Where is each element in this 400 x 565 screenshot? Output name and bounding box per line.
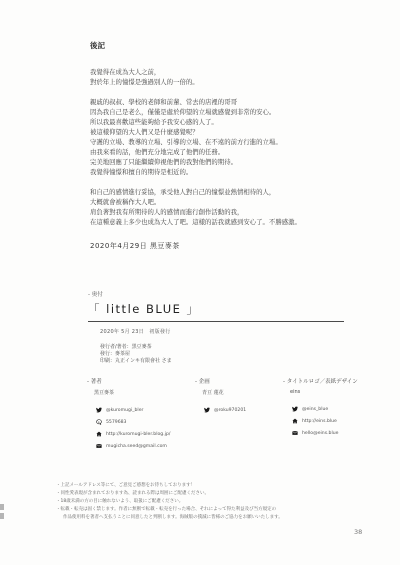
twitter-icon bbox=[204, 407, 210, 413]
notice-line: ・同性愛表現が含まれております為、読まれる際は周囲にご配慮ください。 bbox=[56, 490, 283, 498]
circle-line: 發行：麥茶屋 bbox=[100, 351, 344, 358]
printer-line: 印刷：丸正インキ有限會社 さま bbox=[100, 358, 344, 365]
credit-column-design: - タイトルロゴ／表紙デザイン eins @eins_blue http://e… bbox=[283, 377, 358, 439]
text-line: 親戚的叔叔、學校的老師和前輩、常去的店裡的哥哥 bbox=[90, 97, 301, 107]
book-title: 「 little BLUE 」 bbox=[88, 301, 344, 322]
email-address: mugicha.seed@gmail.com bbox=[106, 444, 167, 449]
contact-row: @roku970201 bbox=[204, 404, 246, 416]
colophon-section: - 奥付 「 little BLUE 」 2020年 5月 23日 初版發行 發… bbox=[88, 290, 344, 365]
text-line: 被這樣仰望的大人們又是什麼感覺呢？ bbox=[90, 127, 301, 137]
text-line: 大概就會被稱作大人吧。 bbox=[90, 197, 301, 207]
notice-line: ・転載・転売は固く禁じます。作者に無断で転載・転売を行った場合、それによって得た… bbox=[56, 506, 283, 514]
email-address: hello@eins.blue bbox=[302, 431, 339, 436]
colophon-label: - 奥付 bbox=[88, 290, 344, 298]
credit-role: - 著者 bbox=[87, 377, 170, 385]
text-line: 我覺得憧憬和擅自的期待是相近的。 bbox=[90, 167, 301, 177]
mail-icon bbox=[292, 430, 298, 436]
pixiv-id: 5579683 bbox=[106, 420, 126, 425]
contact-list: @kuromugi_bler p 5579683 http://kuromugi… bbox=[96, 404, 170, 452]
credit-role: - タイトルロゴ／表紙デザイン bbox=[283, 377, 358, 385]
colophon-page: 後記 我覺得在成為大人之前， 對於年上的憧憬是強過別人的一倍的。 親戚的叔叔、學… bbox=[0, 0, 400, 565]
page-edge-artifact bbox=[0, 513, 4, 519]
page-edge-artifact bbox=[0, 504, 4, 510]
afterword-section: 後記 我覺得在成為大人之前， 對於年上的憧憬是強過別人的一倍的。 親戚的叔叔、學… bbox=[90, 40, 301, 251]
afterword-paragraph-1: 我覺得在成為大人之前， 對於年上的憧憬是強過別人的一倍的。 bbox=[90, 67, 301, 87]
home-icon bbox=[292, 418, 298, 424]
contact-row: @kuromugi_bler bbox=[96, 404, 170, 416]
home-icon bbox=[96, 431, 102, 437]
edition-date: 2020年 5月 23日 初版發行 bbox=[100, 328, 344, 335]
twitter-handle: @eins_blue bbox=[302, 407, 328, 412]
contact-row: mugicha.seed@gmail.com bbox=[96, 440, 170, 452]
website-url: http://eins.blue bbox=[302, 419, 337, 424]
notice-line: ・上記メールアドレス等にて、ご意見ご感想をお待ちしております！ bbox=[56, 482, 283, 490]
svg-text:p: p bbox=[98, 421, 100, 424]
text-line: 我覺得在成為大人之前， bbox=[90, 67, 301, 77]
twitter-icon bbox=[96, 407, 102, 413]
publication-details: 發行者/著者：黑豆麥茶 發行：麥茶屋 印刷：丸正インキ有限會社 さま bbox=[100, 344, 344, 365]
credit-name: 青豆 蓮花 bbox=[202, 389, 246, 396]
notice-line: ・18歳未満の方の目に触れないよう、取扱にご配慮ください。 bbox=[56, 498, 283, 506]
credit-column-planning: - 企画 青豆 蓮花 @roku970201 bbox=[195, 377, 246, 416]
contact-list: @roku970201 bbox=[204, 404, 246, 416]
twitter-icon bbox=[292, 406, 298, 412]
publisher-line: 發行者/著者：黑豆麥茶 bbox=[100, 344, 344, 351]
credit-column-author: - 著者 黑豆麥茶 @kuromugi_bler p 5579683 http:… bbox=[87, 377, 170, 452]
page-number: 38 bbox=[354, 528, 362, 536]
notices-section: ・上記メールアドレス等にて、ご意見ご感想をお待ちしております！ ・同性愛表現が含… bbox=[56, 482, 283, 522]
twitter-handle: @kuromugi_bler bbox=[106, 408, 143, 413]
contact-list: @eins_blue http://eins.blue hello@eins.b… bbox=[292, 403, 358, 439]
website-url: http://kuromugi-bler.blog.jp/ bbox=[106, 432, 170, 437]
text-line: 在這種意義上多少也成為大人了吧。這樣的話我就感到安心了。不勝感激。 bbox=[90, 217, 301, 227]
notice-line: 作品使用料を著者へ支払うことに同意したと判断します。海賊版の撲滅に皆様のご協力を… bbox=[63, 514, 283, 522]
contact-row: http://kuromugi-bler.blog.jp/ bbox=[96, 428, 170, 440]
date-signature: 2020年4月29日 黑豆麥茶 bbox=[90, 241, 301, 251]
twitter-handle: @roku970201 bbox=[214, 408, 246, 413]
contact-row: hello@eins.blue bbox=[292, 427, 358, 439]
text-line: 完美地回應了只能繼續仰視他們的我對他們的期待。 bbox=[90, 157, 301, 167]
afterword-heading: 後記 bbox=[90, 40, 301, 51]
text-line: 肩負著對我有所期待的人的感情而進行創作活動的我， bbox=[90, 207, 301, 217]
afterword-paragraph-3: 和自己的感情進行妥協，承受他人對自己的憧憬並熱情相待的人， 大概就會被稱作大人吧… bbox=[90, 187, 301, 227]
afterword-paragraph-2: 親戚的叔叔、學校的老師和前輩、常去的店裡的哥哥 因為我自己是老么，僅僅是處於仰望… bbox=[90, 97, 301, 177]
text-line: 因為我自己是老么，僅僅是處於仰望的立場就感覺到非常的安心。 bbox=[90, 107, 301, 117]
pixiv-icon: p bbox=[96, 419, 102, 425]
mail-icon bbox=[96, 443, 102, 449]
credit-name: 黑豆麥茶 bbox=[94, 389, 170, 396]
text-line: 對於年上的憧憬是強過別人的一倍的。 bbox=[90, 77, 301, 87]
text-line: 所以我最喜歡這些能夠給予我安心感的人了。 bbox=[90, 117, 301, 127]
credit-name: eins bbox=[290, 389, 358, 395]
credit-role: - 企画 bbox=[195, 377, 246, 385]
text-line: 守護的立場、教導的立場、引導的立場、在不遠的前方行進的立場。 bbox=[90, 137, 301, 147]
text-line: 和自己的感情進行妥協，承受他人對自己的憧憬並熱情相待的人， bbox=[90, 187, 301, 197]
contact-row: http://eins.blue bbox=[292, 415, 358, 427]
contact-row: @eins_blue bbox=[292, 403, 358, 415]
contact-row: p 5579683 bbox=[96, 416, 170, 428]
text-line: 由我來看的話，他們充分地完成了他們的任務。 bbox=[90, 147, 301, 157]
